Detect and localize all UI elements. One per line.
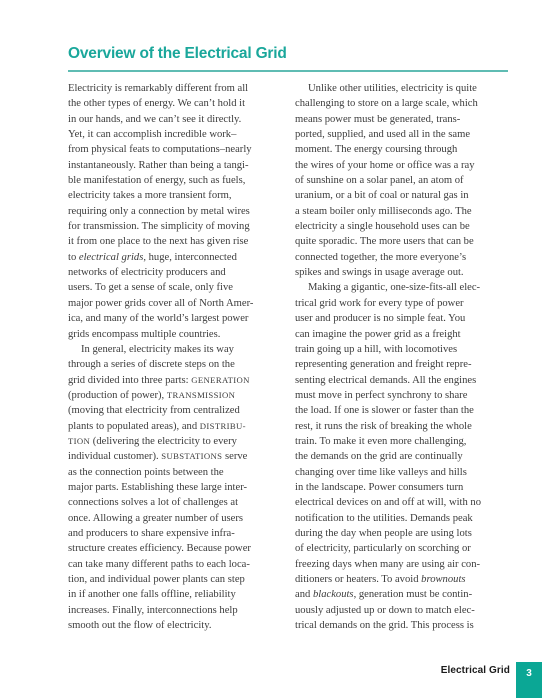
text-line: the demands on the grid are continually <box>295 449 508 464</box>
text-line: grid divided into three parts: generatio… <box>68 373 281 388</box>
text-run: as the connection points between the <box>68 467 224 478</box>
text-run: grids encompass multiple countries. <box>68 329 220 340</box>
text-line: electricity takes a more transient form, <box>68 188 281 203</box>
text-line: grids encompass multiple countries. <box>68 327 281 342</box>
text-run: trical demands on the grid. This process… <box>295 620 474 631</box>
text-run: the demands on the grid are continually <box>295 451 463 462</box>
text-line: train. To make it even more challenging, <box>295 434 508 449</box>
text-line: train going up a hill, with locomotives <box>295 342 508 357</box>
text-run: user and producer is no simple feat. You <box>295 313 465 324</box>
text-line: moment. The energy coursing through <box>295 142 508 157</box>
text-line: tion, and individual power plants can st… <box>68 572 281 587</box>
text-run: once. Allowing a greater number of users <box>68 513 243 524</box>
text-line: must move in perfect synchrony to share <box>295 388 508 403</box>
book-page: Overview of the Electrical Grid Electric… <box>0 0 560 700</box>
text-run: users. To get a sense of scale, only fiv… <box>68 282 233 293</box>
text-line: in our hands, and we can’t see it direct… <box>68 112 281 127</box>
text-run: spikes and swings in usage average out. <box>295 267 464 278</box>
text-line: plants to populated areas), and distribu… <box>68 419 281 434</box>
text-run: representing generation and freight repr… <box>295 359 471 370</box>
text-run: uranium, or a bit of coal or natural gas… <box>295 190 469 201</box>
text-line: freezing days when many are using air co… <box>295 557 508 572</box>
text-line: changing over time like valleys and hill… <box>295 465 508 480</box>
text-line: (moving that electricity from centralize… <box>68 403 281 418</box>
text-line: individual customer). Substations serve <box>68 449 281 464</box>
text-line: a steam boiler only milliseconds ago. Th… <box>295 204 508 219</box>
text-run: ported, supplied, and used all in the sa… <box>295 129 470 140</box>
text-run: the other types of energy. We can’t hold… <box>68 98 245 109</box>
text-run: smooth out the flow of electricity. <box>68 620 211 631</box>
text-line: smooth out the flow of electricity. <box>68 618 281 633</box>
text-line: major power grids cover all of North Ame… <box>68 296 281 311</box>
right-column: Unlike other utilities, electricity is q… <box>295 81 508 633</box>
text-line: senting electrical demands. All the engi… <box>295 373 508 388</box>
text-run: must move in perfect synchrony to share <box>295 390 467 401</box>
italic-term: brownouts <box>421 574 465 585</box>
text-line: in the landscape. Power consumers turn <box>295 480 508 495</box>
text-line: notification to the utilities. Demands p… <box>295 511 508 526</box>
page-number-badge: 3 <box>516 662 542 698</box>
text-run: can imagine the power grid as a freight <box>295 329 461 340</box>
text-run: grid divided into three parts: <box>68 375 191 386</box>
text-line: (production of power), transmission <box>68 388 281 403</box>
text-run: changing over time like valleys and hill… <box>295 467 467 478</box>
text-run: from physical feats to computations–near… <box>68 144 252 155</box>
text-line: representing generation and freight repr… <box>295 357 508 372</box>
text-run: structure creates efficiency. Because po… <box>68 543 251 554</box>
text-line: major parts. Establishing these large in… <box>68 480 281 495</box>
title-rule <box>68 70 508 72</box>
text-run: the wires of your home or office was a r… <box>295 160 475 171</box>
text-run: and producers to share expensive infra- <box>68 528 235 539</box>
text-run: electricity takes a more transient form, <box>68 190 232 201</box>
text-run: tion, and individual power plants can st… <box>68 574 245 585</box>
text-run: (production of power), <box>68 390 167 401</box>
text-line: rest, it runs the risk of breaking the w… <box>295 419 508 434</box>
text-run: the load. If one is slower or faster tha… <box>295 405 474 416</box>
text-run: train going up a hill, with locomotives <box>295 344 457 355</box>
text-run: notification to the utilities. Demands p… <box>295 513 473 524</box>
text-run: uously adjusted up or down to match elec… <box>295 605 475 616</box>
text-run: , generation must be contin- <box>354 589 473 600</box>
text-line: quite sporadic. The more users that can … <box>295 234 508 249</box>
text-run: major power grids cover all of North Ame… <box>68 298 253 309</box>
text-run: Unlike other utilities, electricity is q… <box>308 83 477 94</box>
text-run: networks of electricity producers and <box>68 267 226 278</box>
text-line: networks of electricity producers and <box>68 265 281 280</box>
left-column: Electricity is remarkably different from… <box>68 81 281 633</box>
text-run: (moving that electricity from centralize… <box>68 405 240 416</box>
text-run: in our hands, and we can’t see it direct… <box>68 114 241 125</box>
text-run: challenging to store on a large scale, w… <box>295 98 478 109</box>
text-run: through a series of discrete steps on th… <box>68 359 235 370</box>
smallcaps-term: distribu- <box>200 421 246 431</box>
text-line: ditioners or heaters. To avoid brownouts <box>295 572 508 587</box>
text-line: the load. If one is slower or faster tha… <box>295 403 508 418</box>
text-line: increases. Finally, interconnections hel… <box>68 603 281 618</box>
text-line: spikes and swings in usage average out. <box>295 265 508 280</box>
text-run: for transmission. The simplicity of movi… <box>68 221 250 232</box>
text-line: challenging to store on a large scale, w… <box>295 96 508 111</box>
text-line: connections solves a lot of challenges a… <box>68 495 281 510</box>
text-run: serve <box>222 451 247 462</box>
page-number: 3 <box>526 668 532 679</box>
text-run: increases. Finally, interconnections hel… <box>68 605 238 616</box>
text-line: ble manifestation of energy, such as fue… <box>68 173 281 188</box>
text-run: connected together, the more everyone’s <box>295 252 466 263</box>
text-run: major parts. Establishing these large in… <box>68 482 247 493</box>
text-run: to <box>68 252 79 263</box>
text-line: can imagine the power grid as a freight <box>295 327 508 342</box>
text-run: ble manifestation of energy, such as fue… <box>68 175 245 186</box>
text-run: moment. The energy coursing through <box>295 144 457 155</box>
text-run: it from one place to the next has given … <box>68 236 248 247</box>
text-run: a steam boiler only milliseconds ago. Th… <box>295 206 472 217</box>
text-run: in if another one falls offline, reliabi… <box>68 589 236 600</box>
text-line: In general, electricity makes its way <box>68 342 281 357</box>
text-line: users. To get a sense of scale, only fiv… <box>68 280 281 295</box>
text-run: can take many different paths to each lo… <box>68 559 250 570</box>
text-line: Electricity is remarkably different from… <box>68 81 281 96</box>
text-line: tion (delivering the electricity to ever… <box>68 434 281 449</box>
text-line: as the connection points between the <box>68 465 281 480</box>
text-run: and <box>295 589 313 600</box>
text-run: rest, it runs the risk of breaking the w… <box>295 421 472 432</box>
text-line: and producers to share expensive infra- <box>68 526 281 541</box>
text-line: of electricity, particularly on scorchin… <box>295 541 508 556</box>
text-run: instantaneously. Rather than being a tan… <box>68 160 249 171</box>
text-line: requiring only a connection by metal wir… <box>68 204 281 219</box>
text-line: for transmission. The simplicity of movi… <box>68 219 281 234</box>
text-line: Unlike other utilities, electricity is q… <box>295 81 508 96</box>
smallcaps-term: transmission <box>167 390 235 400</box>
text-run: In general, electricity makes its way <box>81 344 234 355</box>
text-line: trical grid work for every type of power <box>295 296 508 311</box>
text-run: quite sporadic. The more users that can … <box>295 236 474 247</box>
text-run: trical grid work for every type of power <box>295 298 464 309</box>
text-line: means power must be generated, trans- <box>295 112 508 127</box>
text-run: connections solves a lot of challenges a… <box>68 497 238 508</box>
text-run: individual customer). <box>68 451 161 462</box>
text-run: electrical devices on and off at will, w… <box>295 497 481 508</box>
text-line: electrical devices on and off at will, w… <box>295 495 508 510</box>
text-run: of electricity, particularly on scorchin… <box>295 543 471 554</box>
text-run: means power must be generated, trans- <box>295 114 460 125</box>
text-line: trical demands on the grid. This process… <box>295 618 508 633</box>
text-line: to electrical grids, huge, interconnecte… <box>68 250 281 265</box>
text-line: structure creates efficiency. Because po… <box>68 541 281 556</box>
text-line: and blackouts, generation must be contin… <box>295 587 508 602</box>
text-line: the wires of your home or office was a r… <box>295 158 508 173</box>
text-run: Electricity is remarkably different from… <box>68 83 248 94</box>
page-title: Overview of the Electrical Grid <box>68 45 287 63</box>
text-line: of sunshine on a solar panel, an atom of <box>295 173 508 188</box>
text-run: plants to populated areas), and <box>68 421 200 432</box>
text-line: electricity a single household uses can … <box>295 219 508 234</box>
text-line: uously adjusted up or down to match elec… <box>295 603 508 618</box>
text-line: ported, supplied, and used all in the sa… <box>295 127 508 142</box>
text-line: during the day when people are using lot… <box>295 526 508 541</box>
text-line: from physical feats to computations–near… <box>68 142 281 157</box>
text-line: through a series of discrete steps on th… <box>68 357 281 372</box>
text-run: Making a gigantic, one-size-fits-all ele… <box>308 282 480 293</box>
italic-term: electrical grids <box>79 252 143 263</box>
text-line: ica, and many of the world’s largest pow… <box>68 311 281 326</box>
text-run: (delivering the electricity to every <box>90 436 237 447</box>
running-footer-label: Electrical Grid <box>441 665 510 676</box>
article-body: Electricity is remarkably different from… <box>68 81 508 633</box>
smallcaps-term: tion <box>68 436 90 446</box>
text-run: during the day when people are using lot… <box>295 528 472 539</box>
text-run: , huge, interconnected <box>143 252 237 263</box>
text-line: the other types of energy. We can’t hold… <box>68 96 281 111</box>
text-run: freezing days when many are using air co… <box>295 559 480 570</box>
text-run: requiring only a connection by metal wir… <box>68 206 250 217</box>
text-line: Making a gigantic, one-size-fits-all ele… <box>295 280 508 295</box>
text-run: train. To make it even more challenging, <box>295 436 466 447</box>
text-line: instantaneously. Rather than being a tan… <box>68 158 281 173</box>
text-run: of sunshine on a solar panel, an atom of <box>295 175 464 186</box>
text-line: in if another one falls offline, reliabi… <box>68 587 281 602</box>
text-line: connected together, the more everyone’s <box>295 250 508 265</box>
smallcaps-term: Substations <box>161 451 222 461</box>
text-run: ica, and many of the world’s largest pow… <box>68 313 248 324</box>
smallcaps-term: generation <box>191 375 250 385</box>
text-line: Yet, it can accomplish incredible work– <box>68 127 281 142</box>
text-run: ditioners or heaters. To avoid <box>295 574 421 585</box>
text-run: electricity a single household uses can … <box>295 221 470 232</box>
text-line: user and producer is no simple feat. You <box>295 311 508 326</box>
text-line: can take many different paths to each lo… <box>68 557 281 572</box>
text-line: it from one place to the next has given … <box>68 234 281 249</box>
text-run: senting electrical demands. All the engi… <box>295 375 476 386</box>
text-line: uranium, or a bit of coal or natural gas… <box>295 188 508 203</box>
text-run: Yet, it can accomplish incredible work– <box>68 129 236 140</box>
text-run: in the landscape. Power consumers turn <box>295 482 463 493</box>
text-line: once. Allowing a greater number of users <box>68 511 281 526</box>
italic-term: blackouts <box>313 589 354 600</box>
